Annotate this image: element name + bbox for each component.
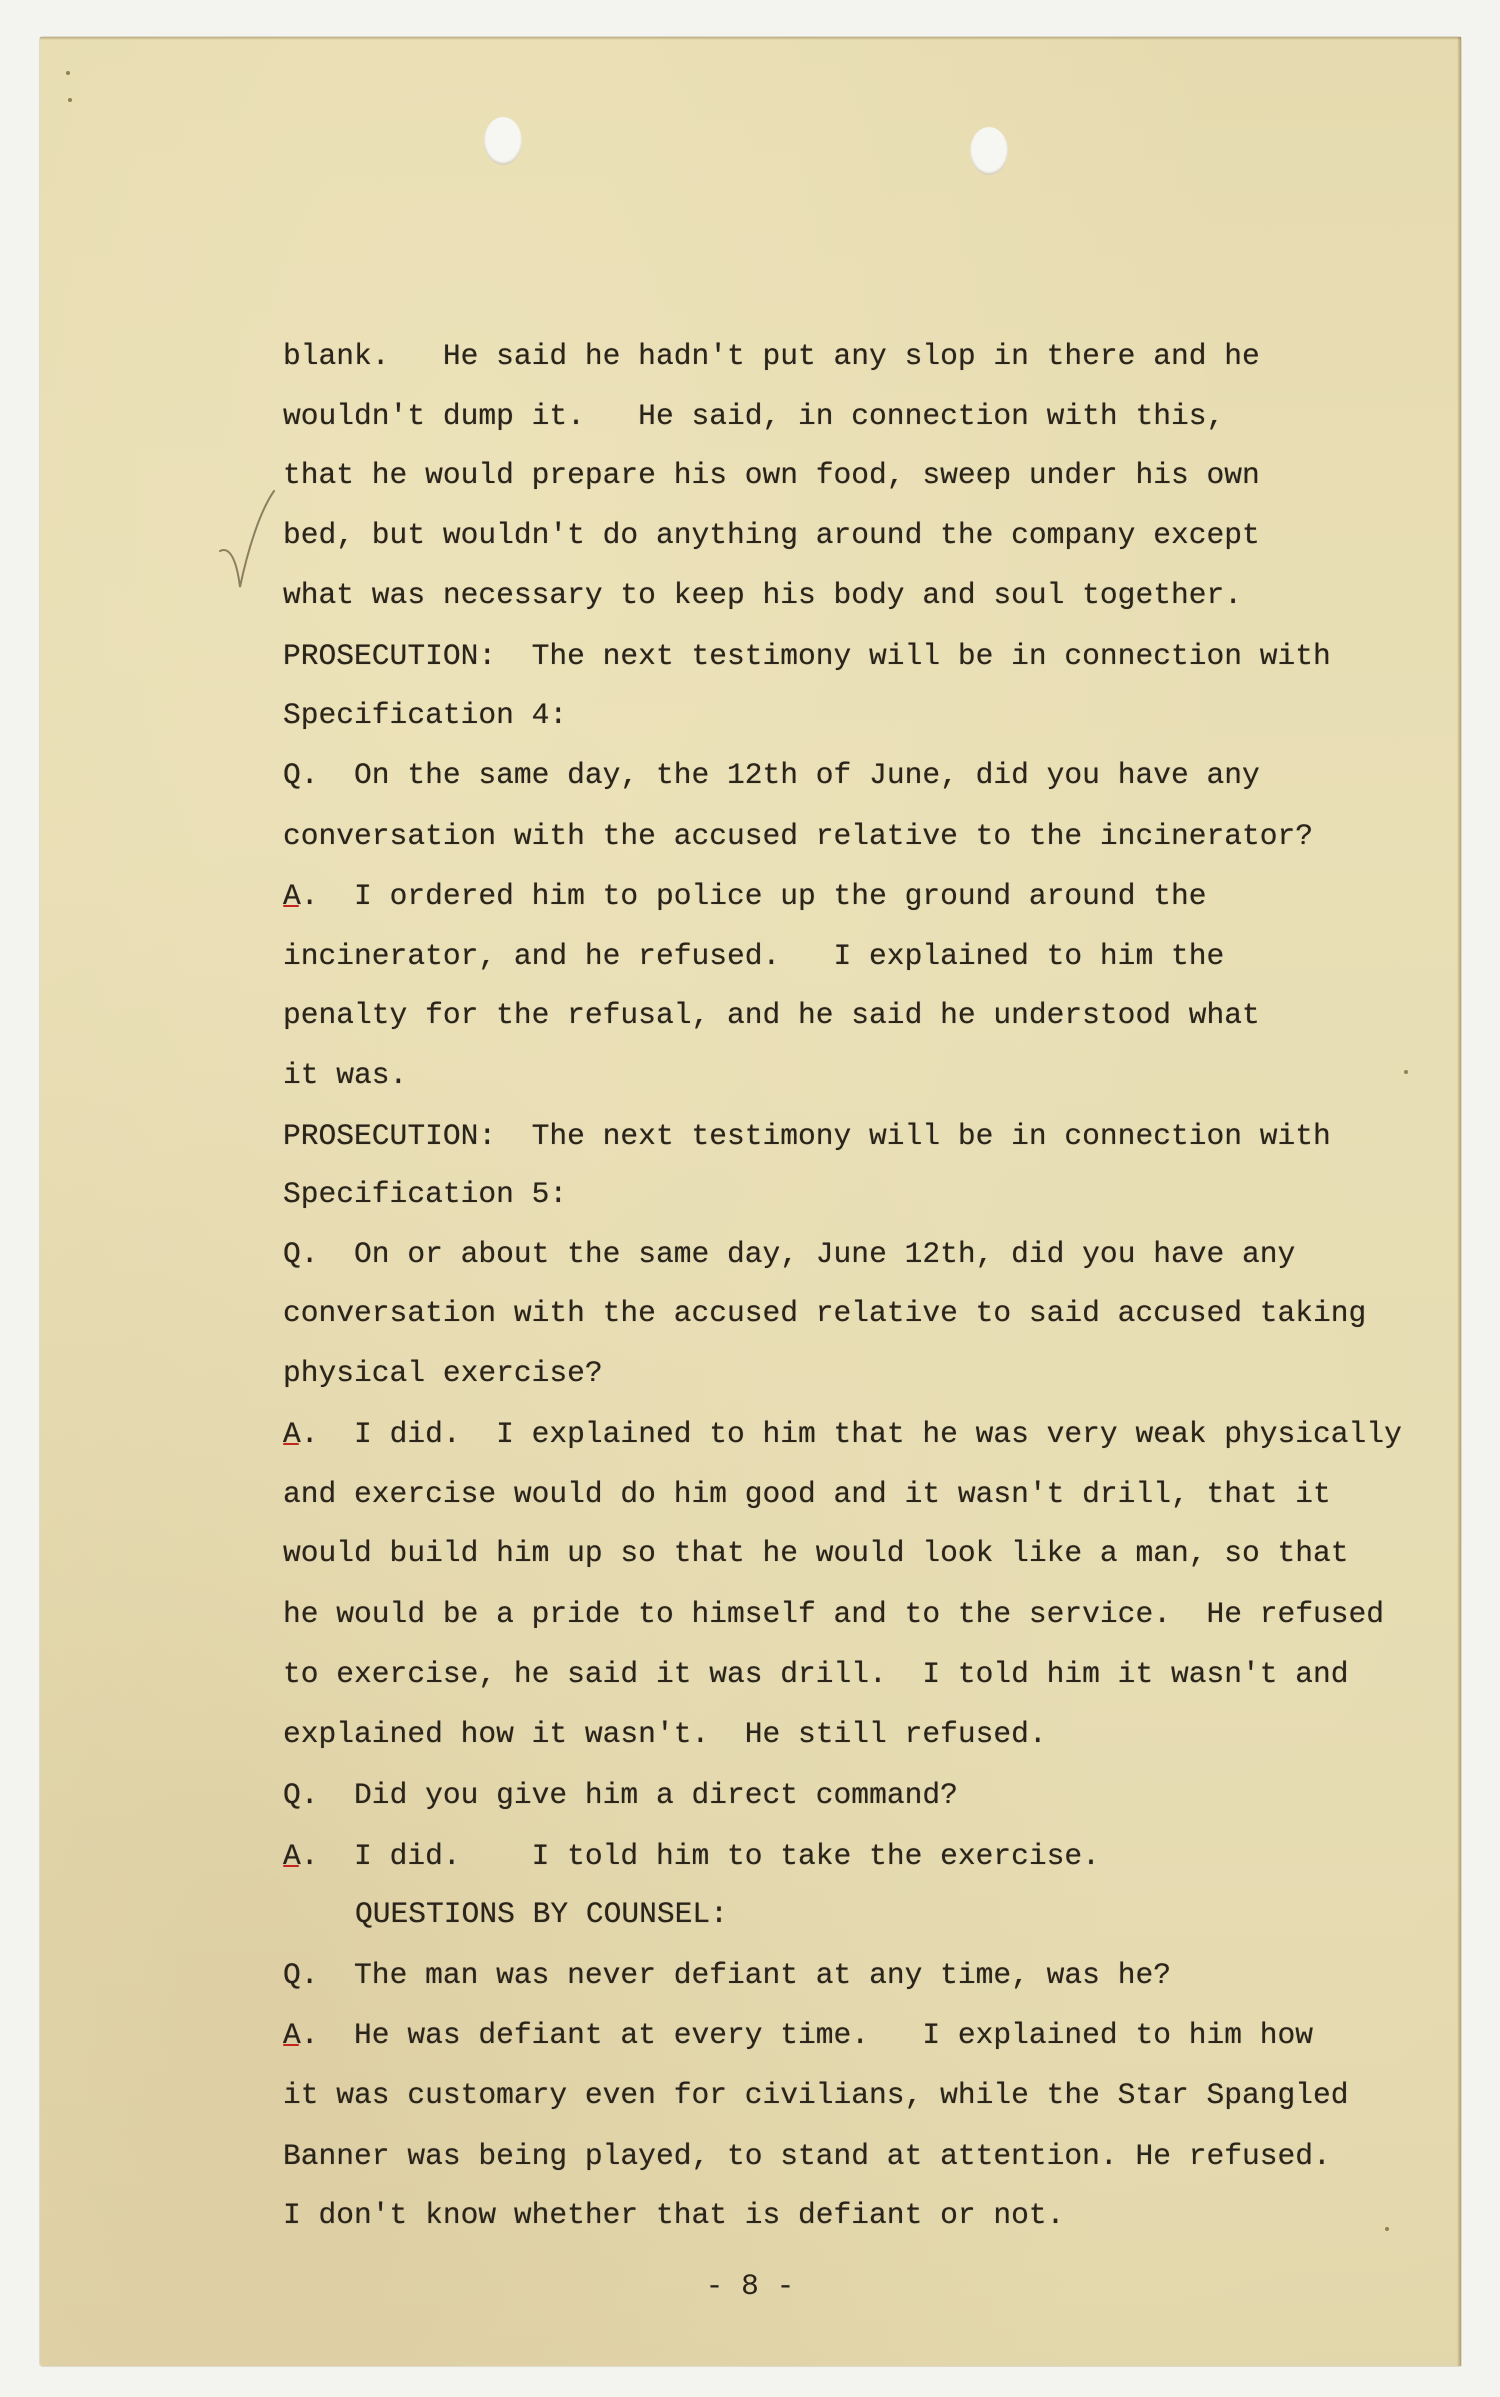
text-line: explained how it wasn't. He still refuse… bbox=[283, 1717, 1047, 1751]
text-line: would build him up so that he would look… bbox=[283, 1536, 1349, 1570]
question-line: Q. Did you give him a direct command? bbox=[283, 1778, 958, 1812]
question-marker: Q. bbox=[283, 1958, 319, 1992]
section-heading: QUESTIONS BY COUNSEL: bbox=[355, 1897, 728, 1931]
text-line: Banner was being played, to stand at att… bbox=[283, 2139, 1331, 2173]
question-marker: Q. bbox=[283, 1237, 319, 1271]
prosecution-statement: PROSECUTION: The next testimony will be … bbox=[283, 1119, 1331, 1153]
text-line: to exercise, he said it was drill. I tol… bbox=[283, 1657, 1349, 1691]
text-line: wouldn't dump it. He said, in connection… bbox=[283, 399, 1224, 433]
answer-marker: A. bbox=[283, 1839, 319, 1873]
answer-line: A. I did. I told him to take the exercis… bbox=[283, 1839, 1100, 1873]
document-page: blank. He said he hadn't put any slop in… bbox=[40, 37, 1461, 2366]
text-line: it was customary even for civilians, whi… bbox=[283, 2078, 1349, 2112]
text-line: physical exercise? bbox=[283, 1356, 603, 1390]
text-line: what was necessary to keep his body and … bbox=[283, 578, 1242, 612]
text-line: incinerator, and he refused. I explained… bbox=[283, 939, 1224, 973]
prosecution-statement: PROSECUTION: The next testimony will be … bbox=[283, 639, 1331, 673]
page-number: - 8 - bbox=[0, 2269, 1500, 2303]
text-line: it was. bbox=[283, 1058, 407, 1092]
text-line: conversation with the accused relative t… bbox=[283, 1296, 1366, 1330]
text-line: penalty for the refusal, and he said he … bbox=[283, 998, 1260, 1032]
question-line: Q. On the same day, the 12th of June, di… bbox=[283, 758, 1260, 792]
question-line: Q. The man was never defiant at any time… bbox=[283, 1958, 1171, 1992]
answer-marker: A. bbox=[283, 879, 319, 913]
question-marker: Q. bbox=[283, 758, 319, 792]
text-line: I don't know whether that is defiant or … bbox=[283, 2198, 1064, 2232]
text-line: that he would prepare his own food, swee… bbox=[283, 458, 1260, 492]
question-line: Q. On or about the same day, June 12th, … bbox=[283, 1237, 1295, 1271]
text-line: and exercise would do him good and it wa… bbox=[283, 1477, 1331, 1511]
text-line: conversation with the accused relative t… bbox=[283, 819, 1313, 853]
answer-line: A. He was defiant at every time. I expla… bbox=[283, 2018, 1313, 2052]
answer-marker: A. bbox=[283, 2018, 319, 2052]
answer-line: A. I ordered him to police up the ground… bbox=[283, 879, 1207, 913]
answer-line: A. I did. I explained to him that he was… bbox=[283, 1417, 1402, 1451]
transcript-body: blank. He said he hadn't put any slop in… bbox=[40, 37, 1461, 2366]
specification-heading: Specification 5: bbox=[283, 1177, 567, 1211]
specification-heading: Specification 4: bbox=[283, 698, 567, 732]
text-line: blank. He said he hadn't put any slop in… bbox=[283, 339, 1260, 373]
answer-marker: A. bbox=[283, 1417, 319, 1451]
text-line: he would be a pride to himself and to th… bbox=[283, 1597, 1384, 1631]
text-line: bed, but wouldn't do anything around the… bbox=[283, 518, 1260, 552]
question-marker: Q. bbox=[283, 1778, 319, 1812]
